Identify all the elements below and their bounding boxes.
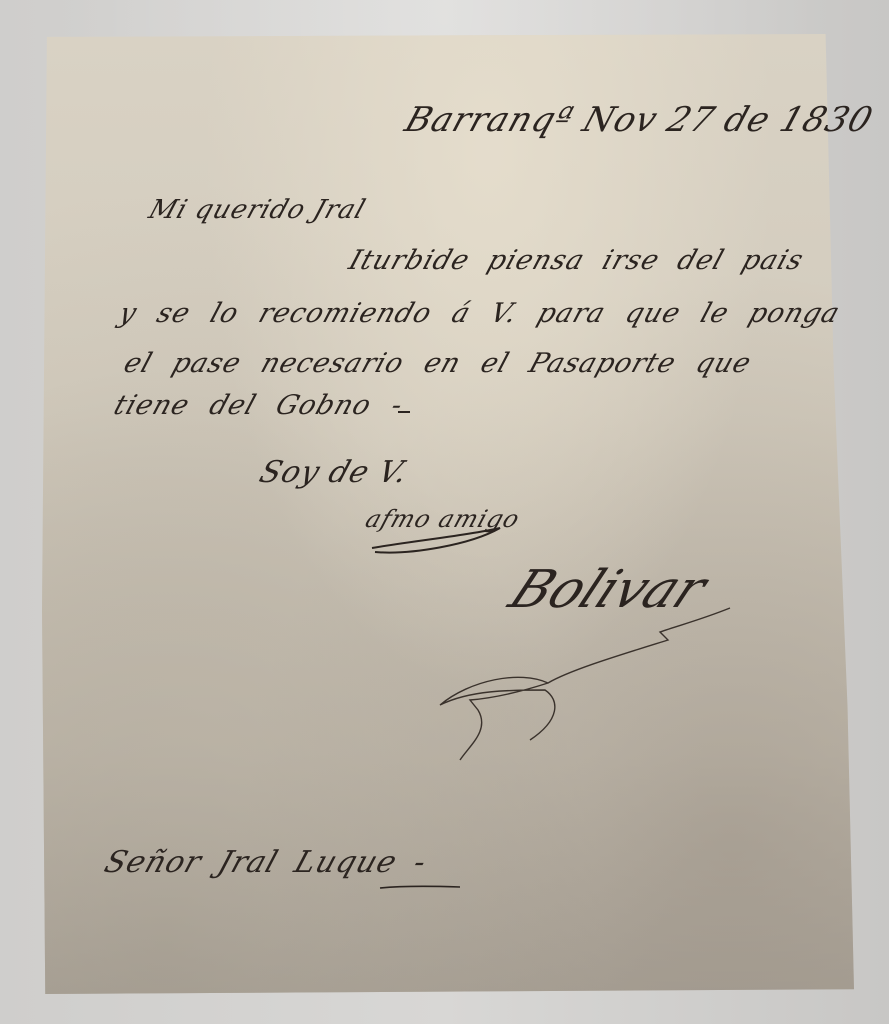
letter-signature: Bolivar [500, 560, 716, 620]
letter-place-date: Barranqª Nov 27 de 1830 [400, 100, 878, 140]
letter-body-line-1: Iturbide piensa irse del pais [345, 245, 808, 276]
letter-closing-line-1: Soy de V. [255, 455, 413, 490]
letter-body-line-4: tiene del Gobno - [110, 390, 407, 421]
letter-addressee: Señor Jral Luque - [100, 845, 432, 880]
letter-closing-line-2: afmo amigo [362, 505, 524, 533]
letter-salutation: Mi querido Jral [145, 195, 370, 225]
letter-body-line-3: el pase necesario en el Pasaporte que [120, 348, 756, 379]
letter-body-line-2: y se lo recomiendo á V. para que le pong… [115, 298, 844, 329]
